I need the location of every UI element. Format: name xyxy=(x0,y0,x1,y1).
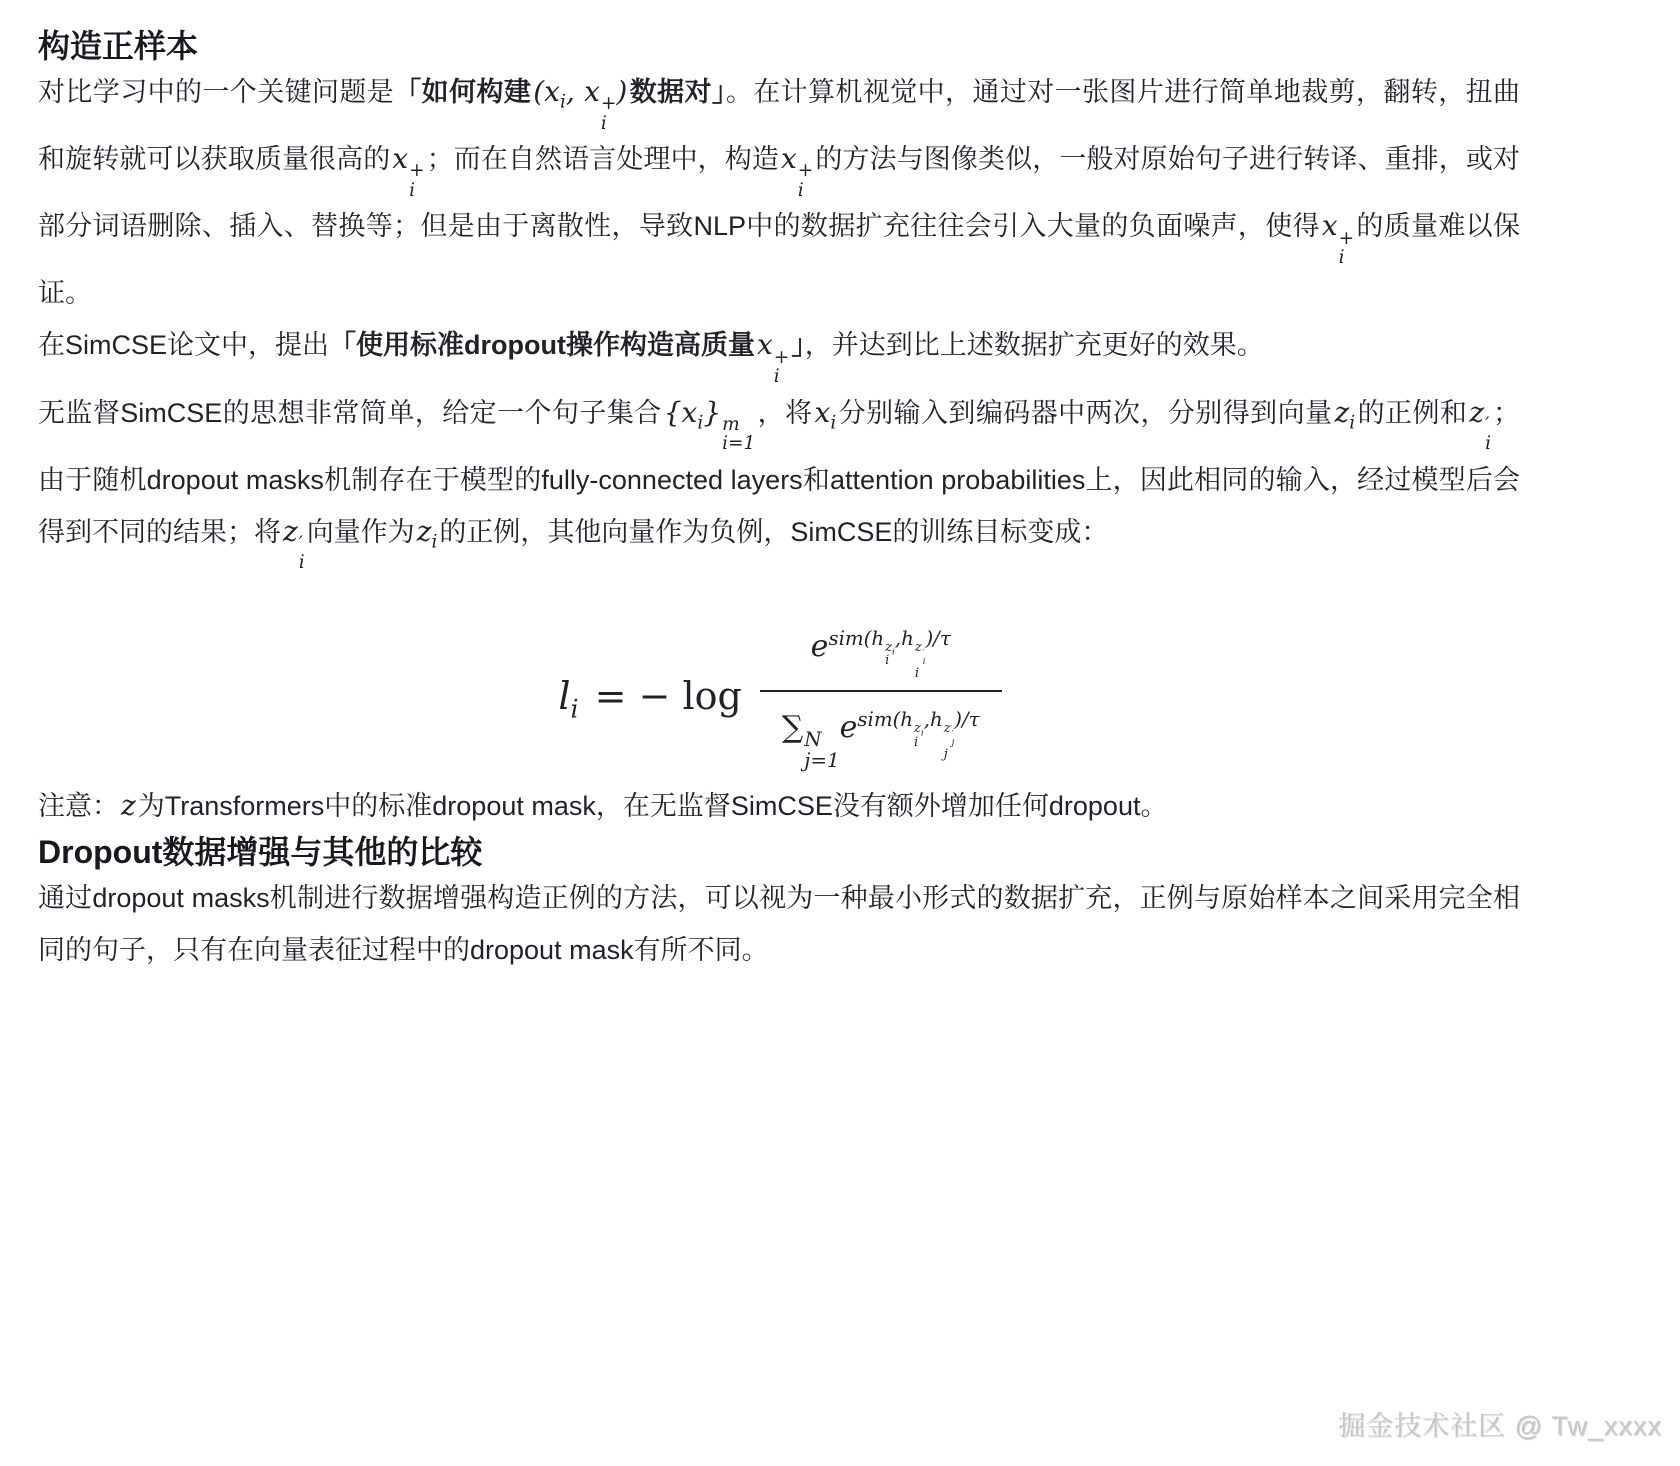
paragraph-simcse-proposal: 在SimCSE论文中，提出「使用标准dropout操作构造高质量x+i」，并达到… xyxy=(38,319,1520,386)
article-page: 构造正样本 对比学习中的一个关键问题是「如何构建(xi, x+i)数据对」。在计… xyxy=(0,0,1680,1466)
formula-numerator: esim(hzii,hz′ii)/τ xyxy=(789,613,973,689)
formula-denominator: ∑Nj=1esim(hzii,hz′jj)/τ xyxy=(760,694,1002,779)
heading-dropout-comparison: Dropout数据增强与其他的比较 xyxy=(38,832,1520,872)
paragraph-unsupervised-simcse: 无监督SimCSE的思想非常简单，给定一个句子集合{xi}mi=1，将xi分别输… xyxy=(38,387,1520,573)
fraction-bar xyxy=(760,690,1002,692)
watermark: 掘金技术社区 @ Tw_xxxx xyxy=(1338,1400,1662,1452)
note-dropout-mask: 注意：z为Transformers中的标准dropout mask，在无监督Si… xyxy=(38,780,1520,832)
formula-fraction: esim(hzii,hz′ii)/τ ∑Nj=1esim(hzii,hz′jj)… xyxy=(760,613,1002,780)
simcse-loss-formula: li = − log esim(hzii,hz′ii)/τ ∑Nj=1esim(… xyxy=(38,613,1520,780)
formula-lhs: li = − log xyxy=(556,670,743,723)
heading-construct-positive-samples: 构造正样本 xyxy=(38,26,1520,66)
paragraph-positive-pair-construction: 对比学习中的一个关键问题是「如何构建(xi, x+i)数据对」。在计算机视觉中，… xyxy=(38,66,1520,319)
paragraph-dropout-vs-others: 通过dropout masks机制进行数据增强构造正例的方法，可以视为一种最小形… xyxy=(38,872,1520,976)
